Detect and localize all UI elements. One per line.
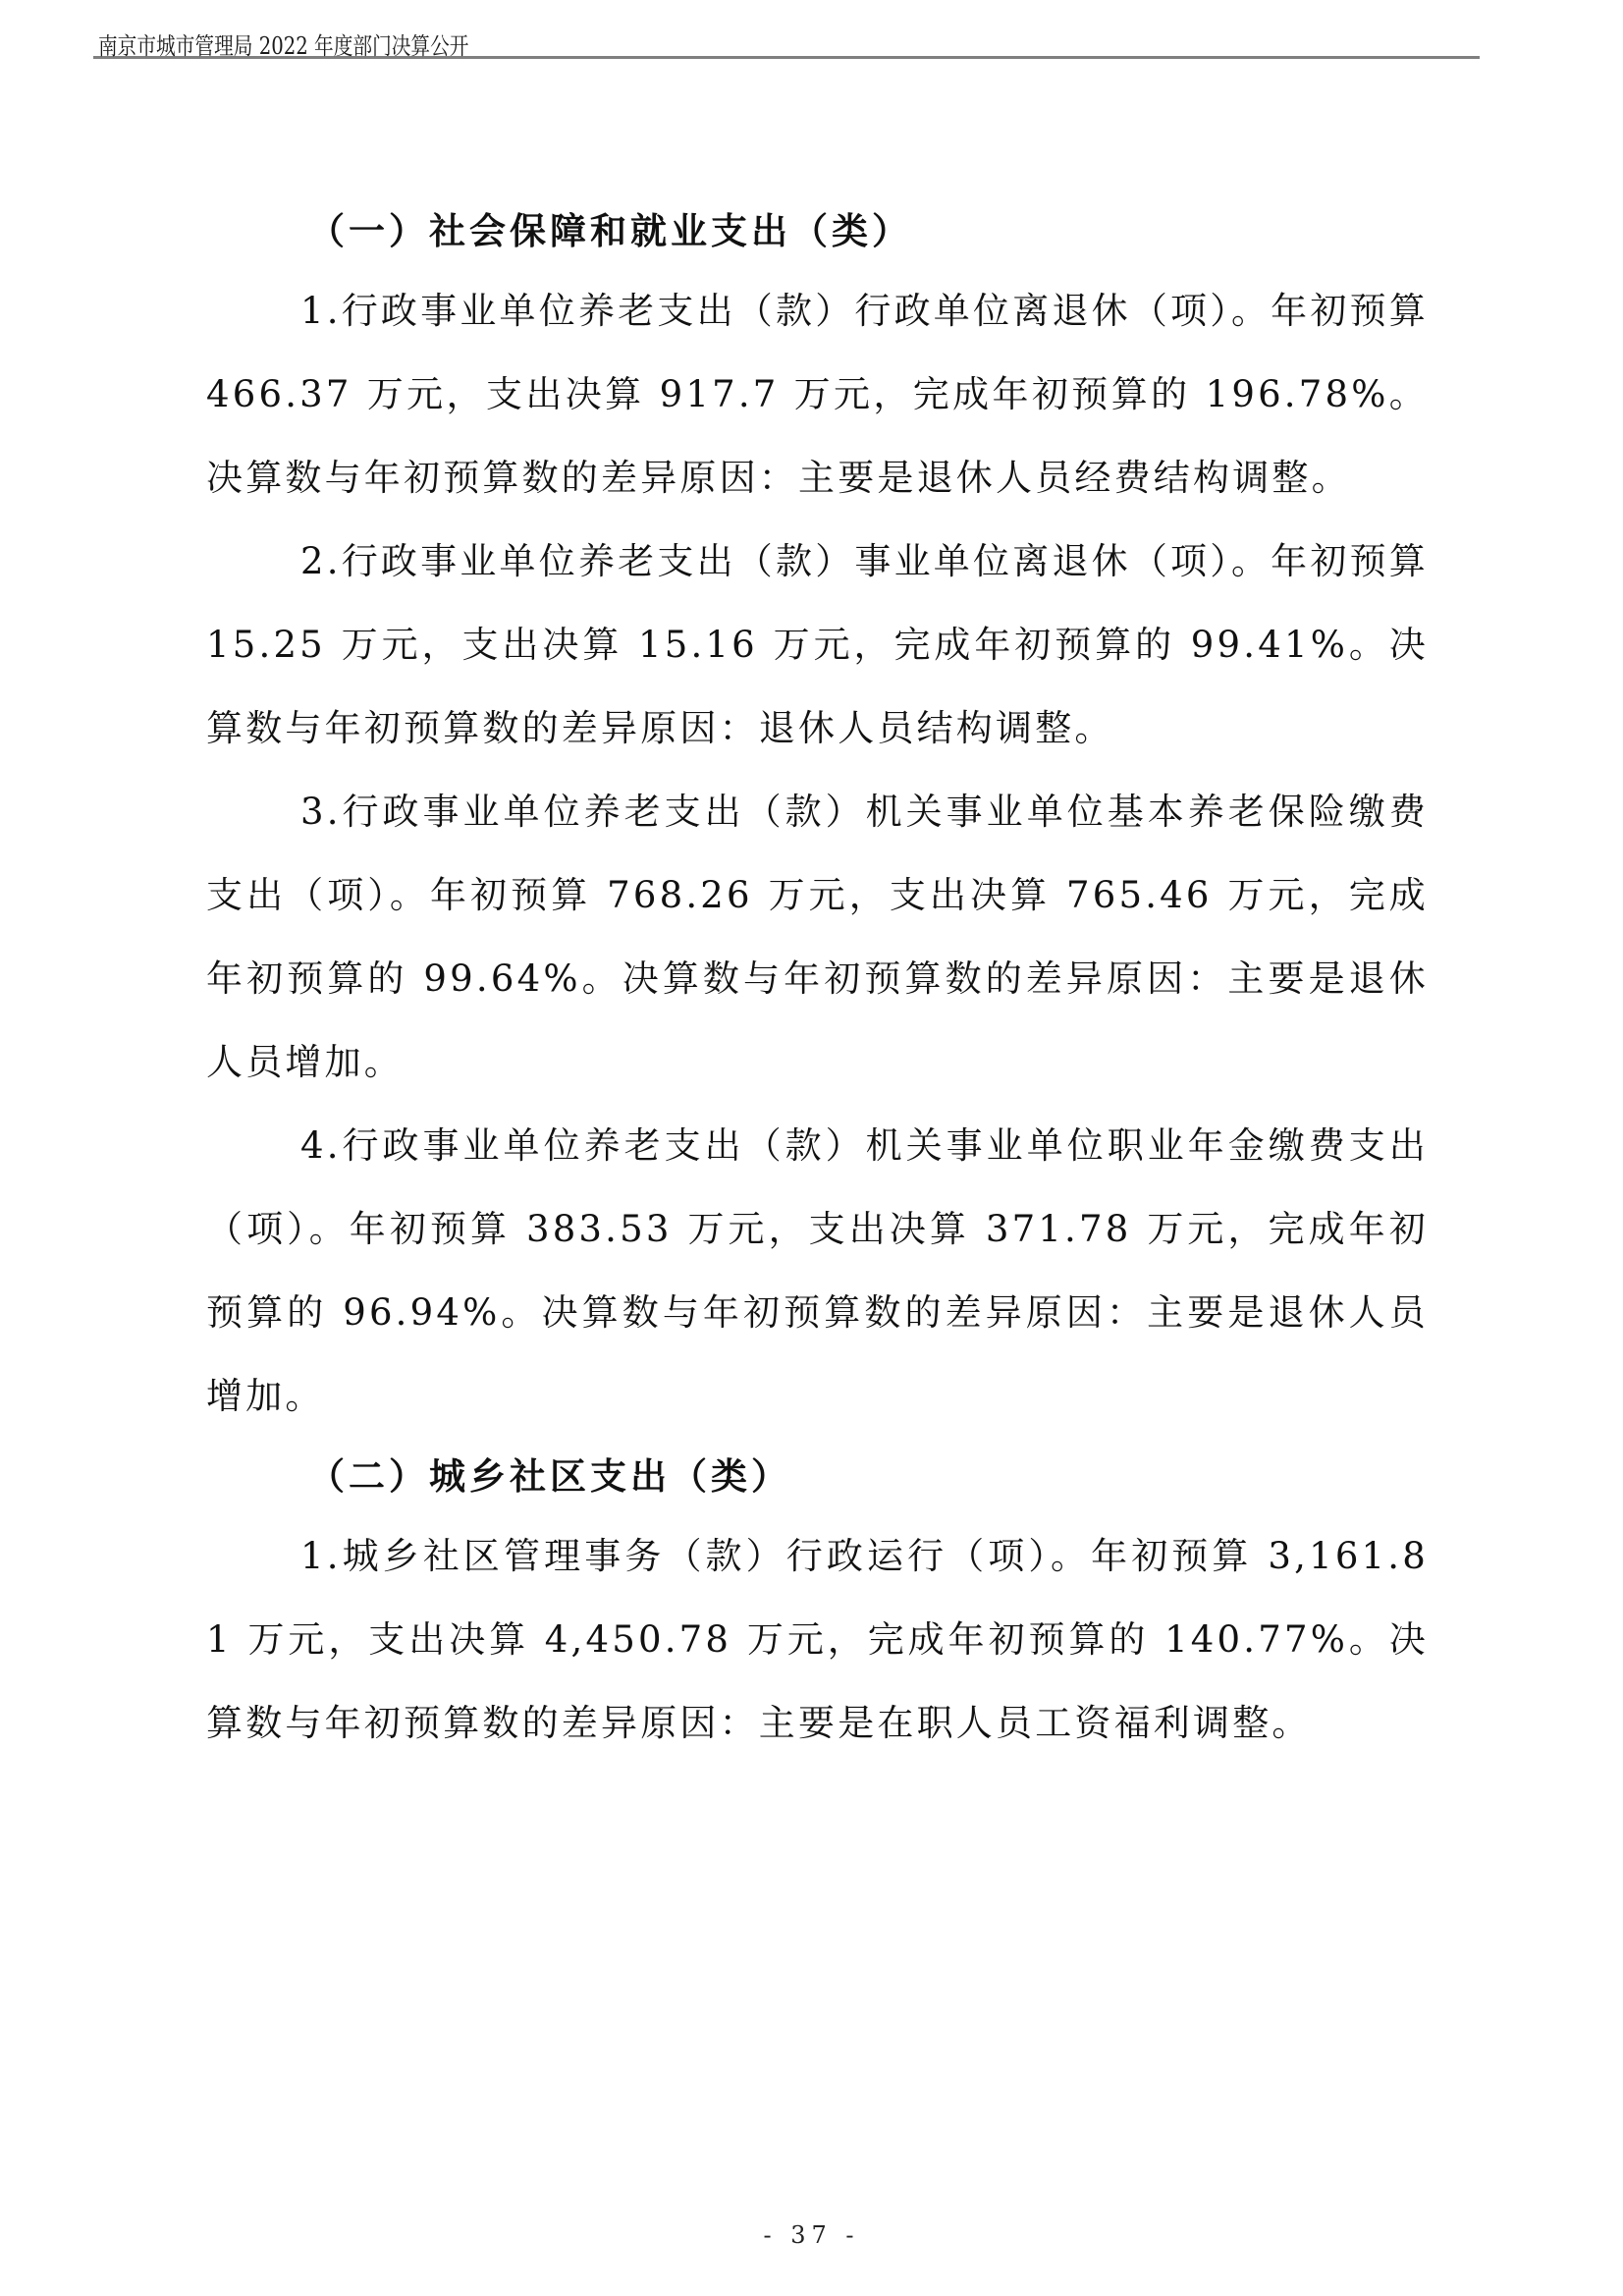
section-heading-social-security: （一）社会保障和就业支出（类） (206, 192, 1429, 269)
paragraph-item-1-2: 2.行政事业单位养老支出（款）事业单位离退休（项）。年初预算 15.25 万元，… (206, 519, 1429, 770)
section-heading-urban-rural-community: （二）城乡社区支出（类） (206, 1438, 1429, 1514)
page-header: 南京市城市管理局 2022 年度部门决算公开 (93, 20, 1480, 59)
paragraph-item-1-4: 4.行政事业单位养老支出（款）机关事业单位职业年金缴费支出（项）。年初预算 38… (206, 1104, 1429, 1438)
paragraph-item-2-1: 1.城乡社区管理事务（款）行政运行（项）。年初预算 3,161.81 万元，支出… (206, 1514, 1429, 1765)
document-body: （一）社会保障和就业支出（类） 1.行政事业单位养老支出（款）行政单位离退休（项… (206, 192, 1429, 1765)
document-title: 南京市城市管理局 2022 年度部门决算公开 (98, 27, 468, 61)
page-number: - 37 - (0, 2221, 1623, 2249)
paragraph-item-1-3: 3.行政事业单位养老支出（款）机关事业单位基本养老保险缴费支出（项）。年初预算 … (206, 770, 1429, 1104)
paragraph-item-1-1: 1.行政事业单位养老支出（款）行政单位离退休（项）。年初预算 466.37 万元… (206, 269, 1429, 519)
